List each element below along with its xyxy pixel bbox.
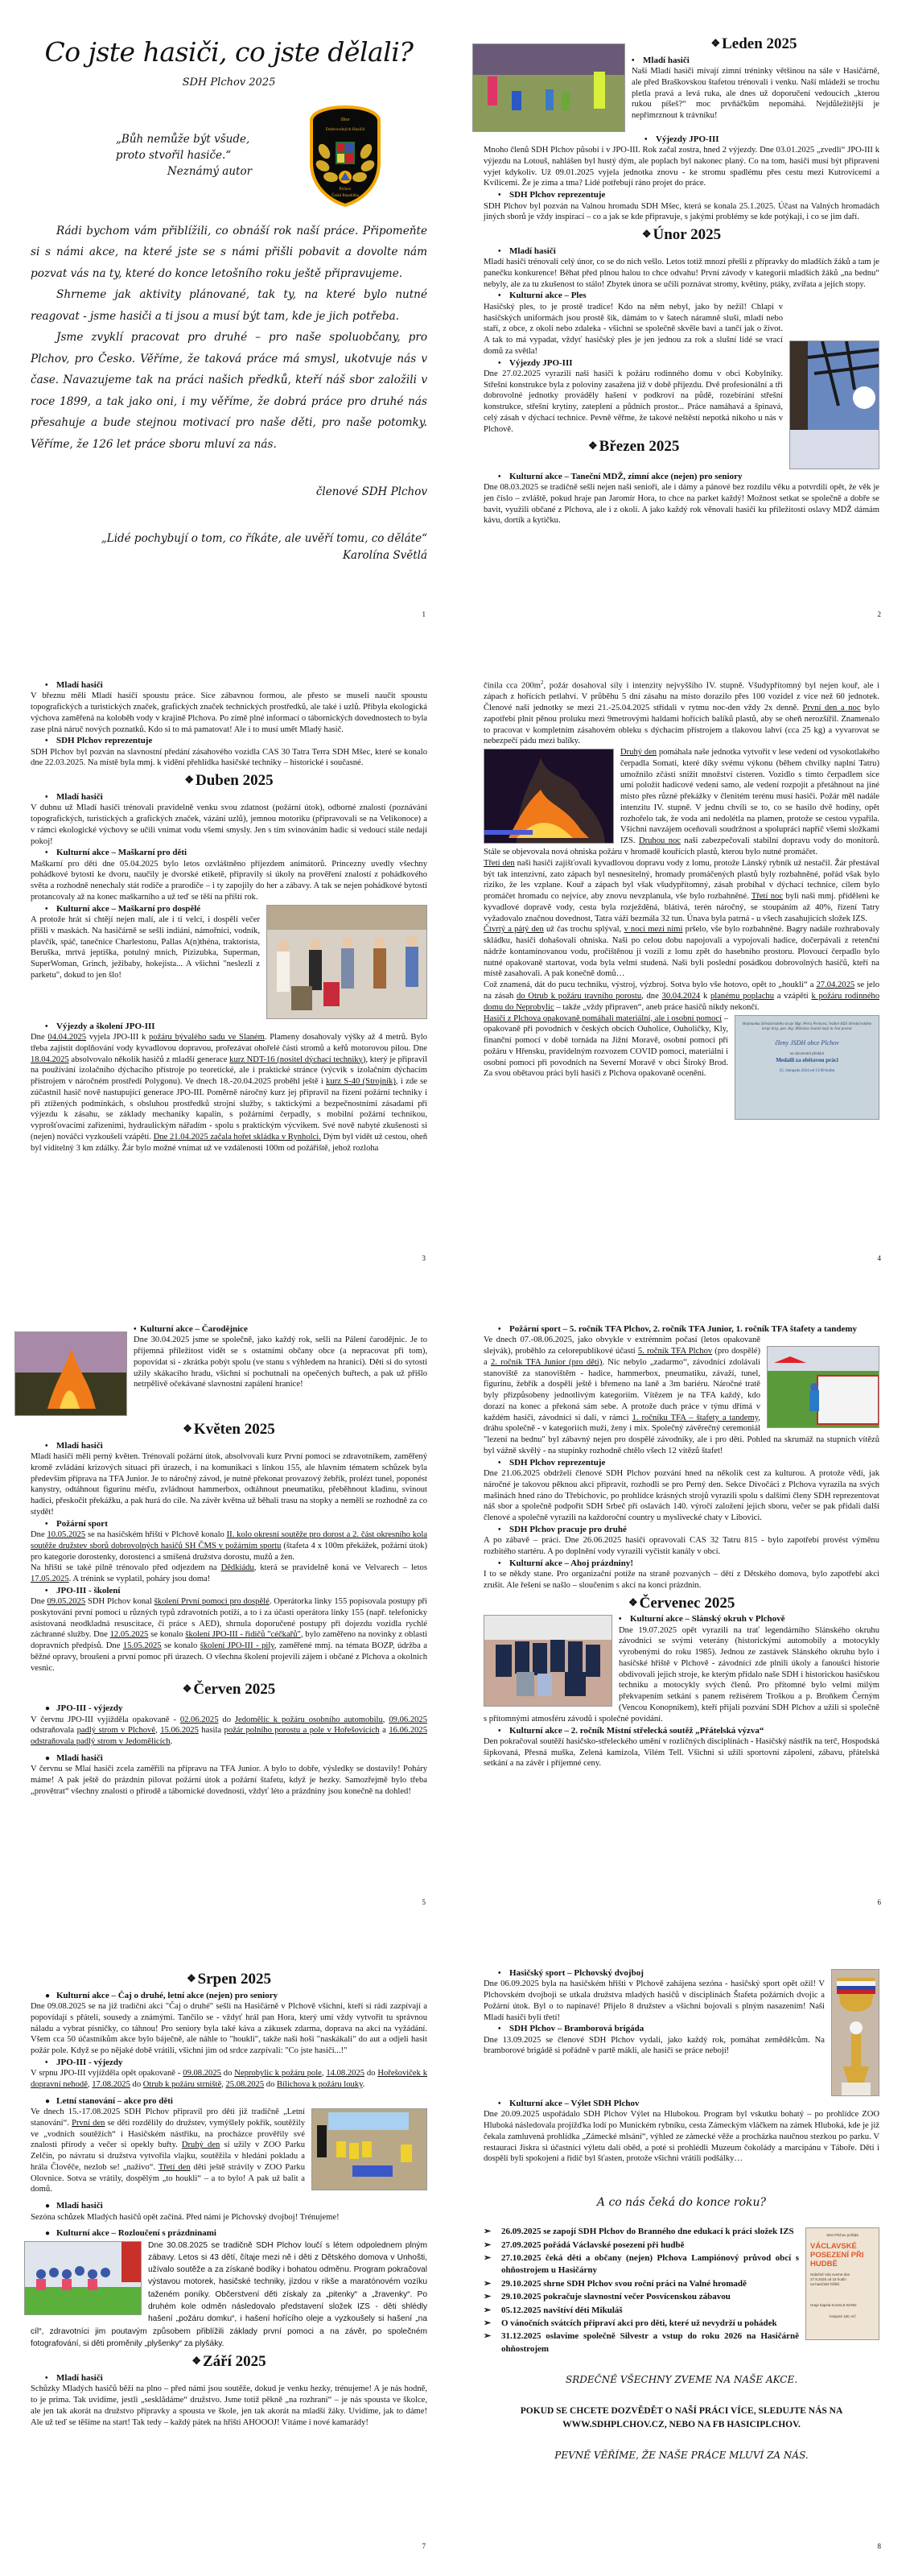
list-item: ➢27.10.2025 čeká děti a občany (nejen) P… — [484, 2252, 799, 2277]
section-heading: •Kulturní akce – Slánský okruh v Plchově — [619, 1613, 879, 1624]
section-heading: ●JPO-III - výjezdy — [45, 1703, 427, 1714]
month-heading: ❖Únor 2025 — [484, 226, 879, 244]
section-heading: •Hasičský sport – Plchovský dvojboj — [498, 1967, 825, 1979]
section-heading: •Výjezdy JPO-III — [498, 357, 783, 369]
section-heading: •Mladí hasiči — [498, 246, 879, 257]
section-heading: •Mladí hasiči — [632, 55, 879, 66]
month-heading: ❖Květen 2025 — [31, 1421, 427, 1439]
closing-line: PEVNĚ VĚŘÍME, ŽE NAŠE PRÁCE MLUVÍ ZA NÁS… — [484, 2450, 879, 2462]
photo-trophy-icon — [831, 1969, 879, 2096]
section-heading: •SDH Plchov – Bramborová brigáda — [498, 2023, 825, 2034]
invitation-line: SRDEČNĚ VŠECHNY ZVEME NA NAŠE AKCE. — [484, 2374, 879, 2387]
diamond-bullet-icon: ❖ — [710, 37, 720, 49]
photo-team-group-icon — [484, 1615, 612, 1707]
section-heading: •SDH Plchov reprezentuje — [45, 735, 427, 746]
page-5: •Kulturní akce – Čarodějnice Dne 30.04.2… — [0, 1288, 455, 1932]
page-6: •Požární sport – 5. ročník TFA Plchov, 2… — [455, 1288, 910, 1932]
month-heading: ❖Červen 2025 — [31, 1681, 427, 1699]
page-8: •Hasičský sport – Plchovský dvojboj Dne … — [455, 1932, 910, 2576]
event-poster: SDH Plchov pořádá VÁCLAVSKÉ POSEZENÍ PŘI… — [805, 2227, 879, 2340]
signature: členové SDH Plchov — [31, 485, 427, 500]
arrow-bullet-icon: ➢ — [484, 2226, 493, 2238]
section-heading: •Kulturní akce – Maškarní pro děti — [45, 847, 427, 858]
month-heading: ❖Srpen 2025 — [31, 1971, 427, 1988]
section-heading: •JPO-III - výjezdy — [45, 2057, 427, 2068]
section-heading: •Kulturní akce – 2. ročník Místní střele… — [498, 1725, 879, 1736]
list-item: ➢31.12.2025 oslavíme společně Silvestr a… — [484, 2330, 799, 2355]
section-heading: ●Mladí hasiči — [45, 1752, 427, 1764]
svg-text:Česká Republika: Česká Republika — [331, 193, 360, 198]
svg-text:Sbor: Sbor — [340, 118, 349, 122]
quote-author: Neznámý autor — [116, 164, 252, 180]
section-heading: •Výjezdy a školení JPO-III — [45, 1021, 427, 1032]
section-heading: •Mladí hasiči — [45, 791, 427, 803]
page-number: 8 — [878, 2542, 882, 2552]
page-2: ❖Leden 2025 •Mladí hasiči Naši Mladí has… — [455, 0, 910, 644]
list-item: ➢29.10.2025 pokračuje slavnostní večer P… — [484, 2291, 799, 2303]
intro-text: Rádi bychom vám přiblížili, co obnáší ro… — [31, 221, 427, 456]
page-7: ❖Srpen 2025 ●Kulturní akce – Čaj o druhé… — [0, 1932, 455, 2576]
svg-text:Plchov: Plchov — [339, 187, 352, 192]
section-heading: •Mladí hasiči — [45, 679, 427, 691]
month-heading: ❖Leden 2025 — [628, 35, 879, 53]
month-heading: ❖Duben 2025 — [31, 772, 427, 790]
photo-bonfire-icon — [14, 1331, 127, 1416]
svg-text:Dobrovolných Hasičů: Dobrovolných Hasičů — [326, 126, 365, 132]
page-3: •Mladí hasiči V březnu měli Mladí hasiči… — [0, 644, 455, 1288]
upcoming-title: A co nás čeká do konce roku? — [484, 2195, 879, 2210]
list-item: ➢O vánočních svátcích připraví akci pro … — [484, 2318, 799, 2330]
photo-youth-training-icon — [472, 43, 625, 132]
document-subtitle: SDH Plchov 2025 — [31, 76, 427, 90]
section-heading: ●Kulturní akce – Čaj o druhé, letní akce… — [45, 1990, 427, 2001]
section-heading: •Kulturní akce – Čarodějnice — [134, 1323, 427, 1335]
follow-us-line: POKUD SE CHCETE DOZVĚDĚT O NAŠÍ PRÁCI VÍ… — [484, 2405, 879, 2433]
section-heading: •Mladí hasiči — [45, 1440, 427, 1451]
section-heading: •Kulturní akce – Ahoj prázdniny! — [498, 1558, 879, 1569]
list-item: ➢26.09.2025 se zapojí SDH Plchov do Bran… — [484, 2226, 799, 2238]
page-number: 3 — [422, 1254, 426, 1264]
photo-masquerade-adults-icon — [266, 905, 427, 1019]
opening-quote: „Bůh nemůže být všude, proto stvořil has… — [116, 132, 252, 180]
photo-tfa-race-icon — [767, 1346, 879, 1428]
list-item: ➢29.10.2025 shrne SDH Plchov svou roční … — [484, 2278, 799, 2290]
photo-burned-roof-icon — [789, 341, 879, 469]
page-number: 5 — [422, 1898, 426, 1908]
list-item: ➢05.12.2025 navštíví děti Mikuláš — [484, 2305, 799, 2317]
section-heading: ●Mladí hasiči — [45, 2200, 427, 2211]
section-heading: •Kulturní akce – Ples — [498, 290, 879, 301]
page-1: Co jste hasiči, co jste dělali? SDH Plch… — [0, 0, 455, 644]
photo-landfill-fire-icon — [484, 749, 614, 844]
section-heading: •Kulturní akce – Maškarní pro dospělé — [45, 903, 260, 914]
list-item: ➢27.09.2025 pořádá Václavské posezení př… — [484, 2240, 799, 2252]
section-heading: •JPO-III - školení — [45, 1585, 427, 1596]
page-4: činila cca 200m2, požár dosahoval síly i… — [455, 644, 910, 1288]
section-heading: •SDH Plchov reprezentuje — [498, 189, 879, 200]
document-spread: Co jste hasiči, co jste dělali? SDH Plch… — [0, 0, 910, 2576]
month-heading: ❖Září 2025 — [31, 2353, 427, 2371]
month-heading: ❖Červenec 2025 — [628, 1595, 879, 1612]
section-heading: •Požární sport – 5. ročník TFA Plchov, 2… — [498, 1323, 879, 1335]
award-invitation-card: Hejtmanka Středočeského kraje Mgr. Petra… — [735, 1015, 879, 1120]
photo-kids-group-icon — [24, 2241, 142, 2315]
photo-summer-camp-icon — [311, 2108, 427, 2190]
page-number: 6 — [878, 1898, 882, 1908]
section-heading: •Požární sport — [45, 1518, 427, 1529]
section-heading: •Mladí hasiči — [45, 2372, 427, 2384]
section-heading: •SDH Plchov reprezentuje — [498, 1457, 879, 1468]
section-heading: •Kulturní akce – Výlet SDH Plchov — [498, 2098, 879, 2109]
section-heading: •Kulturní akce – Taneční MDŽ, zimní akce… — [498, 471, 879, 482]
document-title: Co jste hasiči, co jste dělali? — [31, 35, 427, 70]
section-heading: •Výjezdy JPO-III — [644, 134, 879, 145]
closing-quote: „Lidé pochybují o tom, co říkáte, ale uv… — [31, 530, 427, 565]
section-heading: ●Kulturní akce – Rozloučení s prázdninam… — [45, 2227, 427, 2239]
section-heading: ●Letní stanování – akce pro děti — [45, 2095, 427, 2107]
page-number: 2 — [878, 610, 882, 620]
sdh-plchov-logo-icon: Sbor Dobrovolných Hasičů Plchov Česká Re… — [308, 105, 382, 208]
page-number: 7 — [422, 2542, 426, 2552]
page-number: 4 — [878, 1254, 882, 1264]
section-heading: •SDH Plchov pracuje pro druhé — [498, 1524, 879, 1535]
page-number: 1 — [422, 610, 426, 620]
